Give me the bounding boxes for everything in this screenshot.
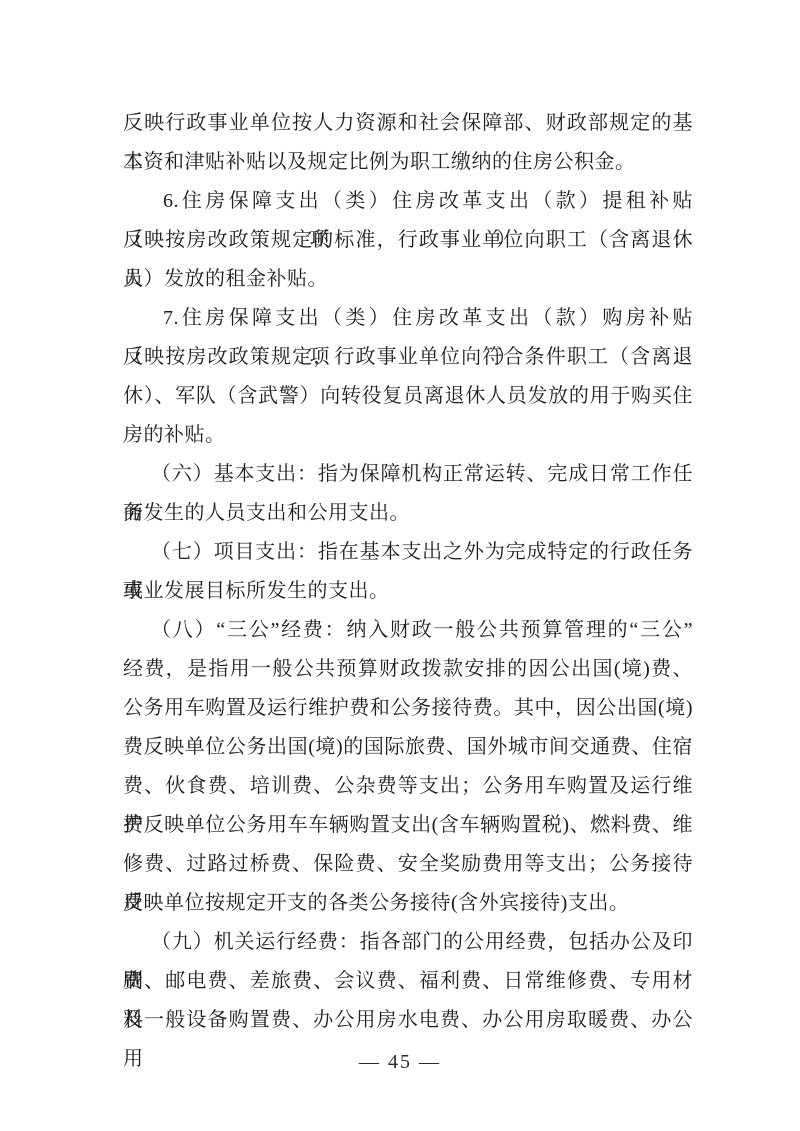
text-line: 反映按房改政策规定的标准，行政事业单位向职工（含离退休人 bbox=[123, 221, 693, 260]
text-line: （九）机关运行经费：指各部门的公用经费，包括办公及印刷 bbox=[123, 923, 693, 962]
text-line: 反映单位按规定开支的各类公务接待(含外宾接待)支出。 bbox=[123, 884, 693, 923]
text-line: 7.住房保障支出（类）住房改革支出（款）购房补贴（项）： bbox=[123, 299, 693, 338]
text-line: 员）发放的租金补贴。 bbox=[123, 260, 693, 299]
text-line: 休）、军队（含武警）向转役复员离退休人员发放的用于购买住 bbox=[123, 377, 693, 416]
text-line: 反映行政事业单位按人力资源和社会保障部、财政部规定的基本 bbox=[123, 104, 693, 143]
text-line: 公务用车购置及运行维护费和公务接待费。其中，因公出国(境) bbox=[123, 689, 693, 728]
text-line: 房的补贴。 bbox=[123, 416, 693, 455]
text-line: 而发生的人员支出和公用支出。 bbox=[123, 494, 693, 533]
text-line: 及一般设备购置费、办公用房水电费、办公用房取暖费、办公用 bbox=[123, 1001, 693, 1040]
text-line: 修费、过路过桥费、保险费、安全奖励费用等支出；公务接待费 bbox=[123, 845, 693, 884]
document-body: 反映行政事业单位按人力资源和社会保障部、财政部规定的基本工资和津贴补贴以及规定比… bbox=[123, 104, 693, 1040]
text-line: 费反映单位公务用车车辆购置支出(含车辆购置税)、燃料费、维 bbox=[123, 806, 693, 845]
document-page: 反映行政事业单位按人力资源和社会保障部、财政部规定的基本工资和津贴补贴以及规定比… bbox=[0, 0, 800, 1131]
text-line: 6.住房保障支出（类）住房改革支出（款）提租补贴（项）： bbox=[123, 182, 693, 221]
text-line: 事业发展目标所发生的支出。 bbox=[123, 572, 693, 611]
text-line: （七）项目支出：指在基本支出之外为完成特定的行政任务或 bbox=[123, 533, 693, 572]
text-line: （八）“三公”经费：纳入财政一般公共预算管理的“三公” bbox=[123, 611, 693, 650]
text-line: 工资和津贴补贴以及规定比例为职工缴纳的住房公积金。 bbox=[123, 143, 693, 182]
page-footer: — 45 — bbox=[0, 1042, 800, 1082]
text-line: 费、伙食费、培训费、公杂费等支出；公务用车购置及运行维护 bbox=[123, 767, 693, 806]
text-line: 反映按房改政策规定，行政事业单位向符合条件职工（含离退 bbox=[123, 338, 693, 377]
text-line: 费反映单位公务出国(境)的国际旅费、国外城市间交通费、住宿 bbox=[123, 728, 693, 767]
text-line: 经费，是指用一般公共预算财政拨款安排的因公出国(境)费、 bbox=[123, 650, 693, 689]
page-number: — 45 — bbox=[359, 1051, 441, 1073]
text-line: （六）基本支出：指为保障机构正常运转、完成日常工作任务 bbox=[123, 455, 693, 494]
text-line: 费、邮电费、差旅费、会议费、福利费、日常维修费、专用材料 bbox=[123, 962, 693, 1001]
